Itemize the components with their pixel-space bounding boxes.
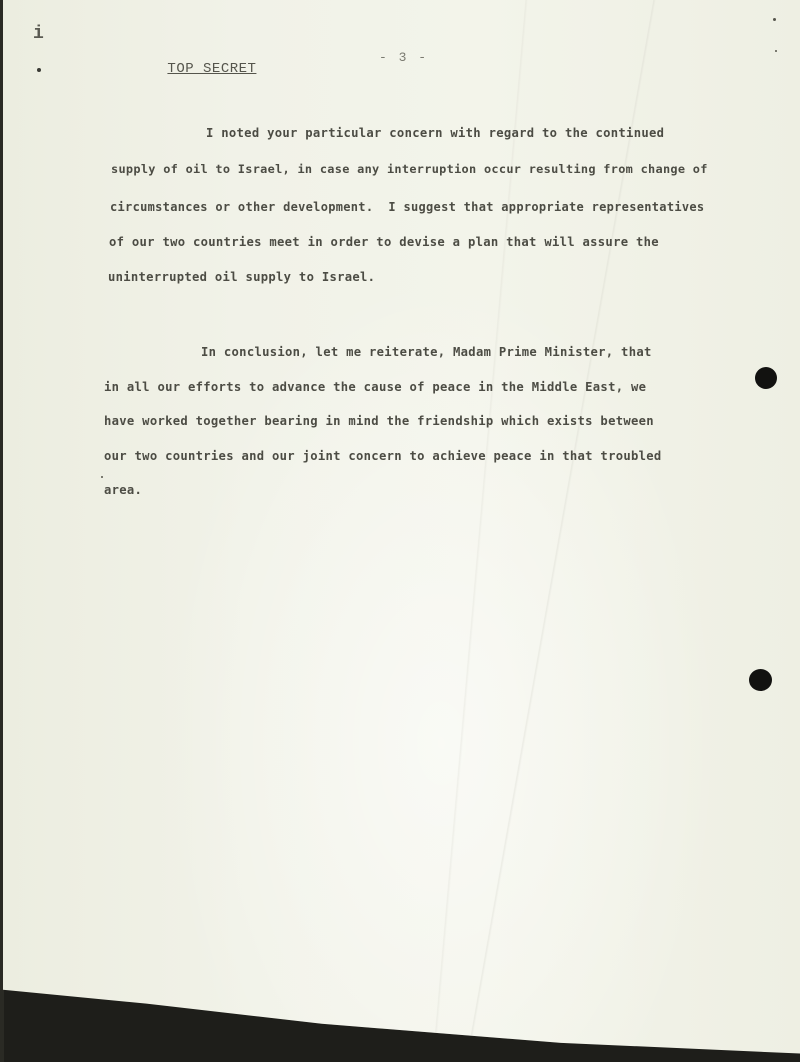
paragraph-1-line-3: circumstances or other development. I su…	[110, 200, 704, 214]
paragraph-2-line-3: have worked together bearing in mind the…	[104, 414, 654, 428]
margin-dot	[37, 68, 41, 72]
scanned-page: i TOP SECRET - 3 - I noted your particul…	[0, 0, 800, 1062]
classification-text: TOP SECRET	[167, 61, 256, 77]
paper-sheet: i TOP SECRET - 3 - I noted your particul…	[3, 0, 800, 1062]
paragraph-1-line-2: supply of oil to Israel, in case any int…	[111, 162, 708, 176]
speck	[773, 18, 776, 21]
speck	[775, 50, 777, 52]
paragraph-2-line-5: area.	[104, 483, 142, 497]
paragraph-2-line-4: our two countries and our joint concern …	[104, 449, 662, 463]
punch-hole	[749, 669, 772, 691]
speck	[101, 476, 103, 478]
punch-hole	[755, 367, 777, 389]
margin-mark: i	[33, 24, 44, 44]
paragraph-1-line-5: uninterrupted oil supply to Israel.	[108, 270, 375, 284]
paragraph-1-line-4: of our two countries meet in order to de…	[109, 235, 659, 249]
page-number: - 3 -	[379, 50, 428, 65]
classification-label: TOP SECRET	[114, 45, 256, 93]
paragraph-2-line-1: In conclusion, let me reiterate, Madam P…	[201, 345, 652, 359]
paragraph-2-line-2: in all our efforts to advance the cause …	[104, 380, 646, 394]
paragraph-1-line-1: I noted your particular concern with reg…	[206, 126, 664, 140]
